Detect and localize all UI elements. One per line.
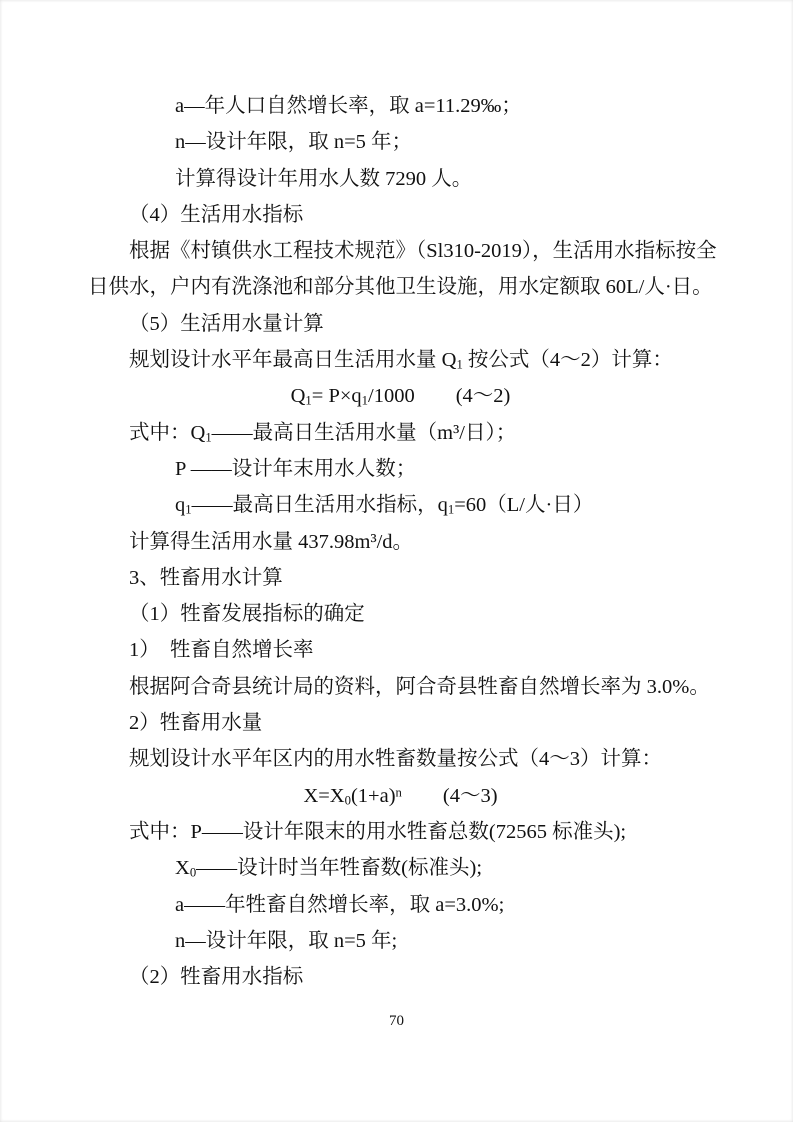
heading-1-livestock-development: （1）牲畜发展指标的确定 [88, 596, 713, 632]
heading-2p-livestock-water-amount: 2）牲畜用水量 [88, 705, 713, 741]
result-design-population: 计算得设计年用水人数 7290 人。 [88, 161, 713, 197]
def-n-design-years-livestock: n—设计年限，取 n=5 年; [88, 923, 713, 959]
para-quota-basis-line1: 根据《村镇供水工程技术规范》（Sl310-2019），生活用水指标按全 [88, 233, 713, 269]
heading-4-domestic-water-quota: （4）生活用水指标 [88, 197, 713, 233]
param-population-growth-rate: a—年人口自然增长率，取 a=11.29‰； [88, 88, 713, 124]
param-design-years-population: n—设计年限，取 n=5 年； [88, 124, 713, 160]
def-P-livestock-total: 式中：P——设计年限末的用水牲畜总数(72565 标准头); [88, 814, 713, 850]
def-Q1: 式中：Q1——最高日生活用水量（m³/日）； [88, 415, 713, 451]
para-formula-4-2-intro: 规划设计水平年最高日生活用水量 Q1 按公式（4～2）计算： [88, 342, 713, 378]
result-domestic-water: 计算得生活用水量 437.98m³/d。 [88, 524, 713, 560]
para-formula-4-3-intro: 规划设计水平年区内的用水牲畜数量按公式（4～3）计算： [88, 741, 713, 777]
heading-5-domestic-water-calc: （5）生活用水量计算 [88, 306, 713, 342]
para-livestock-growth-source: 根据阿合奇县统计局的资料，阿合奇县牲畜自然增长率为 3.0%。 [88, 669, 713, 705]
def-X0-livestock: X0——设计时当年牲畜数(标准头); [88, 850, 713, 886]
document-content: a—年人口自然增长率，取 a=11.29‰；n—设计年限，取 n=5 年；计算得… [88, 88, 713, 995]
document-page: a—年人口自然增长率，取 a=11.29‰；n—设计年限，取 n=5 年；计算得… [0, 0, 793, 1122]
def-q1: q1——最高日生活用水指标，q1=60（L/人·日） [88, 487, 713, 523]
formula-4-3: X=X0(1+a)n (4～3) [88, 778, 713, 814]
heading-2-livestock-water-quota: （2）牲畜用水指标 [88, 959, 713, 995]
formula-4-2: Q1= P×q1/1000 (4～2) [88, 378, 713, 414]
para-quota-basis-line2: 日供水，户内有洗涤池和部分其他卫生设施，用水定额取 60L/人·日。 [88, 269, 713, 305]
heading-3-livestock-water-calc: 3、牲畜用水计算 [88, 560, 713, 596]
def-P-population: P ——设计年末用水人数； [88, 451, 713, 487]
heading-1p-livestock-growth-rate: 1） 牲畜自然增长率 [88, 632, 713, 668]
def-a-livestock-growth: a——年牲畜自然增长率，取 a=3.0%; [88, 887, 713, 923]
page-number: 70 [0, 1011, 793, 1031]
